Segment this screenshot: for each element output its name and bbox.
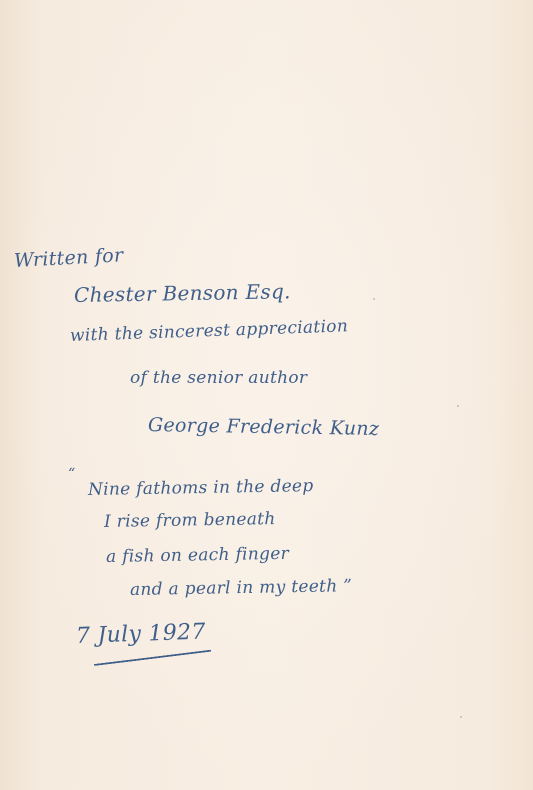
paper-speck	[373, 298, 375, 300]
inscription-appreciation: with the sincerest appreciation	[70, 316, 349, 346]
inscription-recipient: Chester Benson Esq.	[74, 279, 291, 307]
inscription-author-role: of the senior author	[130, 368, 307, 388]
inscription-line-written-for: Written for	[13, 244, 123, 272]
date-underline	[94, 650, 211, 666]
quote-line: I rise from beneath	[104, 509, 276, 532]
quote-open-mark: “	[68, 466, 75, 482]
paper-speck	[460, 716, 462, 718]
inscription-date: 7 July 1927	[76, 619, 207, 649]
author-signature: George Frederick Kunz	[148, 414, 380, 440]
quote-line: a fish on each finger	[106, 544, 289, 567]
quote-line: Nine fathoms in the deep	[88, 476, 314, 500]
quote-line: and a pearl in my teeth ”	[130, 576, 353, 600]
book-flyleaf-page: Written for Chester Benson Esq. with the…	[0, 0, 533, 790]
paper-speck	[457, 405, 459, 407]
